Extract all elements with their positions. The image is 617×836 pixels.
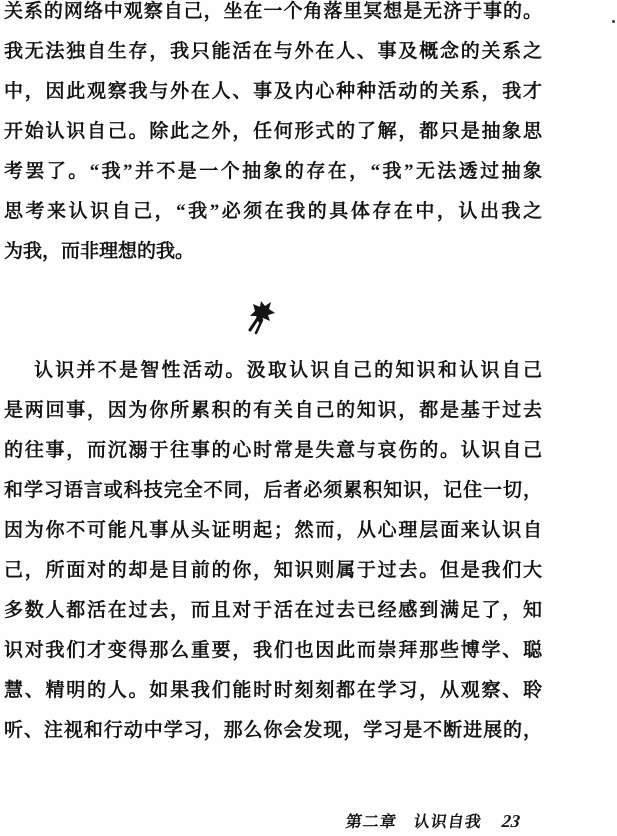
text-line: 开始认识自己。除此之外，任何形式的了解，都只是抽象思 bbox=[4, 112, 542, 152]
paragraph-1: 关系的网络中观察自己，坐在一个角落里冥想是无济于事的。 我无法独自生存，我只能活… bbox=[4, 0, 542, 272]
text-line: 考罢了。“我”并不是一个抽象的存在，“我”无法透过抽象 bbox=[4, 152, 542, 192]
flower-ornament-icon bbox=[247, 300, 277, 336]
text-line: 是两回事，因为你所累积的有关自己的知识，都是基于过去 bbox=[4, 391, 542, 431]
text-line: 慧、精明的人。如果我们能时时刻刻都在学习，从观察、聆 bbox=[4, 671, 542, 711]
text-line: 因为你不可能凡事从头证明起；然而，从心理层面来认识自 bbox=[4, 511, 542, 551]
text-line: 己，所面对的却是目前的你，知识则属于过去。但是我们大 bbox=[4, 551, 542, 591]
page-number: 23 bbox=[501, 811, 521, 832]
text-line: 听、注视和行动中学习，那么你会发现，学习是不断进展的， bbox=[4, 711, 542, 751]
running-head-chapter-title: 第二章 认识自我 bbox=[344, 809, 483, 832]
paragraph-2: 认识并不是智性活动。汲取认识自己的知识和认识自己 是两回事，因为你所累积的有关自… bbox=[4, 351, 542, 751]
page-footer: 第二章 认识自我 23 bbox=[346, 809, 520, 832]
text-line: 为我，而非理想的我。 bbox=[4, 232, 542, 272]
text-line: 思考来认识自己，“我”必须在我的具体存在中，认出我之 bbox=[4, 192, 542, 232]
text-line: 识对我们才变得那么重要，我们也因此而崇拜那些博学、聪 bbox=[4, 631, 542, 671]
text-line: 中，因此观察我与外在人、事及内心种种活动的关系，我才 bbox=[4, 72, 542, 112]
text-line: 多数人都活在过去，而且对于活在过去已经感到满足了，知 bbox=[4, 591, 542, 631]
text-line: 的往事，而沉溺于往事的心时常是失意与哀伤的。认识自己 bbox=[4, 431, 542, 471]
text-line: 关系的网络中观察自己，坐在一个角落里冥想是无济于事的。 bbox=[4, 0, 542, 32]
section-divider bbox=[247, 300, 277, 336]
text-line: 我无法独自生存，我只能活在与外在人、事及概念的关系之 bbox=[4, 32, 542, 72]
text-line: 和学习语言或科技完全不同，后者必须累积知识，记住一切， bbox=[4, 471, 542, 511]
scan-artifact-dot bbox=[612, 20, 615, 23]
text-line: 认识并不是智性活动。汲取认识自己的知识和认识自己 bbox=[4, 351, 542, 391]
